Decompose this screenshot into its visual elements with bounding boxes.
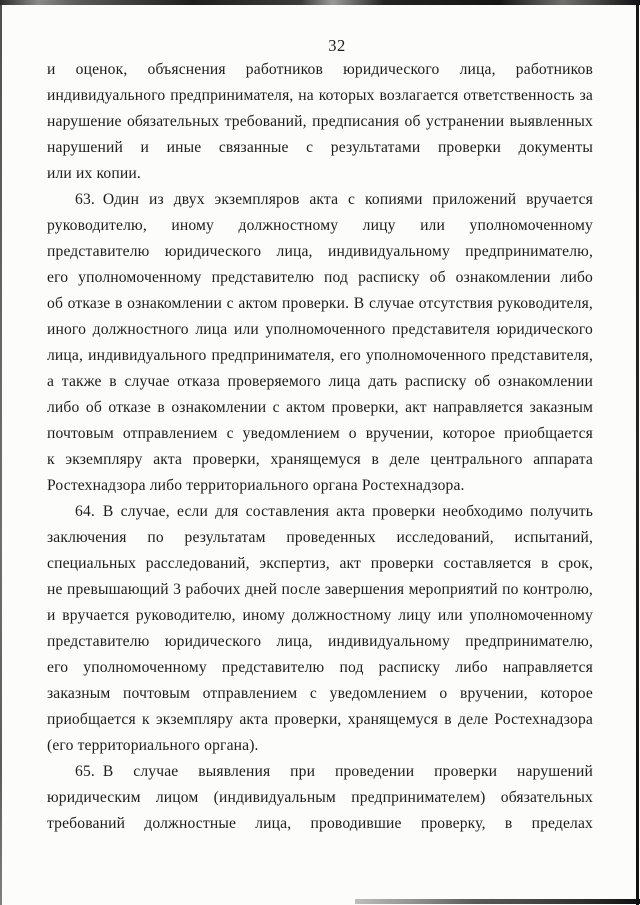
scan-edge-left: [0, 0, 2, 905]
text-line: 65. В случае выявления при проведении пр…: [47, 759, 593, 785]
text-line: специальных расследований, экспертиз, ак…: [47, 551, 593, 577]
text-line: (его территориального органа).: [47, 733, 593, 759]
page-number: 32: [17, 36, 640, 56]
text-line: почтовым отправлением с уведомлением о в…: [47, 421, 593, 447]
scan-edge-right: [636, 0, 639, 905]
text-line: нарушение обязательных требований, предп…: [47, 109, 593, 135]
text-line: представителю юридического лица, индивид…: [47, 629, 593, 655]
text-line: юридическим лицом (индивидуальным предпр…: [47, 785, 593, 811]
text-line: лица, индивидуального предпринимателя, е…: [47, 343, 593, 369]
text-line: Ростехнадзора либо территориального орга…: [47, 473, 593, 499]
text-line: требований должностные лица, проводившие…: [47, 811, 593, 837]
text-line: не превышающий 3 рабочих дней после заве…: [47, 577, 593, 603]
text-line: или их копии.: [47, 161, 593, 187]
text-line: представителю юридического лица, индивид…: [47, 239, 593, 265]
paragraph: 63. Один из двух экземпляров акта с копи…: [47, 187, 593, 499]
paragraph: 65. В случае выявления при проведении пр…: [47, 759, 593, 837]
text-line: приобщается к экземпляру акта проверки, …: [47, 707, 593, 733]
text-line: его уполномоченному представителю под ра…: [47, 655, 593, 681]
text-line: об отказе в ознакомлении с актом проверк…: [47, 291, 593, 317]
text-line: заказным почтовым отправлением с уведомл…: [47, 681, 593, 707]
scan-edge-top: [0, 0, 640, 5]
text-line: его уполномоченному представителю под ра…: [47, 265, 593, 291]
text-line: либо об отказе в ознакомлении с актом пр…: [47, 395, 593, 421]
paragraph: и оценок, объяснения работников юридичес…: [47, 57, 593, 187]
text-line: заключения по результатам проведенных ис…: [47, 525, 593, 551]
text-line: к экземпляру акта проверки, хранящемуся …: [47, 447, 593, 473]
text-line: и оценок, объяснения работников юридичес…: [47, 57, 593, 83]
text-line: и вручается руководителю, иному должност…: [47, 603, 593, 629]
text-line: а также в случае отказа проверяемого лиц…: [47, 369, 593, 395]
text-line: индивидуального предпринимателя, на кото…: [47, 83, 593, 109]
document-body: и оценок, объяснения работников юридичес…: [47, 57, 593, 837]
scanned-document-page: 32 и оценок, объяснения работников юриди…: [0, 0, 640, 905]
text-line: нарушений и иные связанные с результатам…: [47, 135, 593, 161]
text-line: 64. В случае, если для составления акта …: [47, 499, 593, 525]
text-line: 63. Один из двух экземпляров акта с копи…: [47, 187, 593, 213]
paragraph: 64. В случае, если для составления акта …: [47, 499, 593, 759]
text-line: иного должностного лица или уполномоченн…: [47, 317, 593, 343]
scan-edge-bottom: [355, 899, 640, 904]
text-line: руководителю, иному должностному лицу ил…: [47, 213, 593, 239]
